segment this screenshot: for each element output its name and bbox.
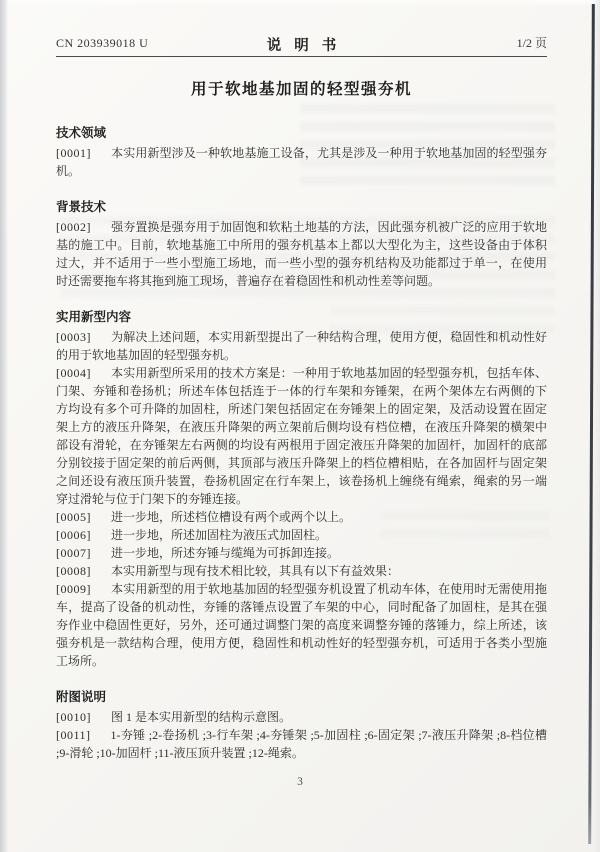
paragraph-text: 图 1 是本实用新型的结构示意图。 [111, 710, 291, 724]
paragraph-tag: [0001] [56, 146, 91, 160]
scan-top-edge-artifact [0, 0, 600, 6]
paragraph-text: 进一步地，所述加固柱为液压式加固柱。 [111, 528, 327, 542]
page-header: CN 203939018 U 说明书 1/2 页 [56, 34, 547, 57]
section-heading-technical-field: 技术领域 [56, 99, 547, 141]
paragraph-0004: [0004]本实用新型所采用的技术方案是：一种用于软地基加固的轻型强夯机，包括车… [56, 364, 547, 508]
paragraph-text: 为解决上述问题，本实用新型提出了一种结构合理，使用方便，稳固性和机动性好的用于软… [56, 330, 547, 362]
page-number: 3 [0, 776, 600, 788]
paragraph-tag: [0005] [56, 510, 91, 524]
section-heading-background: 背景技术 [56, 180, 547, 215]
paragraph-0001: [0001]本实用新型涉及一种软地基施工设备，尤其是涉及一种用于软地基加固的轻型… [56, 144, 547, 180]
paragraph-0009: [0009]本实用新型的用于软地基加固的轻型强夯机设置了机动车体，在使用时无需使… [56, 580, 547, 670]
paragraph-text: 本实用新型涉及一种软地基施工设备，尤其是涉及一种用于软地基加固的轻型强夯机。 [56, 146, 547, 178]
document-body: 用于软地基加固的轻型强夯机 技术领域 [0001]本实用新型涉及一种软地基施工设… [56, 77, 547, 762]
paragraph-text: 本实用新型所采用的技术方案是：一种用于软地基加固的轻型强夯机，包括车体、门架、夯… [56, 366, 547, 506]
paragraph-text: 本实用新型与现有技术相比较，其具有以下有益效果： [111, 564, 399, 578]
paragraph-tag: [0004] [56, 366, 91, 380]
paragraph-0011: [0011]1-夯锤 ;2-卷扬机 ;3-行车架 ;4-夯锤架 ;5-加固柱 ;… [56, 726, 547, 762]
paragraph-tag: [0007] [56, 546, 91, 560]
document-type-label: 说明书 [56, 34, 560, 55]
paragraph-0006: [0006]进一步地，所述加固柱为液压式加固柱。 [56, 526, 547, 544]
paragraph-0005: [0005]进一步地，所述档位槽设有两个或两个以上。 [56, 508, 547, 526]
paragraph-tag: [0003] [56, 330, 91, 344]
paragraph-text: 1-夯锤 ;2-卷扬机 ;3-行车架 ;4-夯锤架 ;5-加固柱 ;6-固定架 … [56, 728, 547, 760]
paragraph-tag: [0008] [56, 564, 91, 578]
paragraph-0002: [0002]强夯置换是强夯用于加固饱和软粘土地基的方法，因此强夯机被广泛的应用于… [56, 218, 547, 290]
paragraph-tag: [0010] [56, 710, 91, 724]
invention-title: 用于软地基加固的轻型强夯机 [56, 77, 547, 99]
paragraph-text: 强夯置换是强夯用于加固饱和软粘土地基的方法，因此强夯机被广泛的应用于软地基的施工… [56, 220, 547, 288]
patent-specification-page: CN 203939018 U 说明书 1/2 页 用于软地基加固的轻型强夯机 技… [0, 0, 600, 852]
paragraph-text: 本实用新型的用于软地基加固的轻型强夯机设置了机动车体，在使用时无需使用拖车，提高… [56, 582, 547, 668]
section-heading-drawings: 附图说明 [56, 670, 547, 705]
scan-left-edge-artifact [0, 0, 8, 852]
paragraph-tag: [0002] [56, 220, 91, 234]
section-heading-summary: 实用新型内容 [56, 290, 547, 325]
paragraph-0008: [0008]本实用新型与现有技术相比较，其具有以下有益效果： [56, 562, 547, 580]
paragraph-0003: [0003]为解决上述问题，本实用新型提出了一种结构合理，使用方便，稳固性和机动… [56, 328, 547, 364]
paragraph-0010: [0010]图 1 是本实用新型的结构示意图。 [56, 708, 547, 726]
paragraph-0007: [0007]进一步地，所述夯锤与缆绳为可拆卸连接。 [56, 544, 547, 562]
paragraph-tag: [0006] [56, 528, 91, 542]
paragraph-tag: [0009] [56, 582, 91, 596]
paragraph-text: 进一步地，所述档位槽设有两个或两个以上。 [111, 510, 351, 524]
paragraph-text: 进一步地，所述夯锤与缆绳为可拆卸连接。 [111, 546, 339, 560]
paragraph-tag: [0011] [56, 728, 91, 742]
